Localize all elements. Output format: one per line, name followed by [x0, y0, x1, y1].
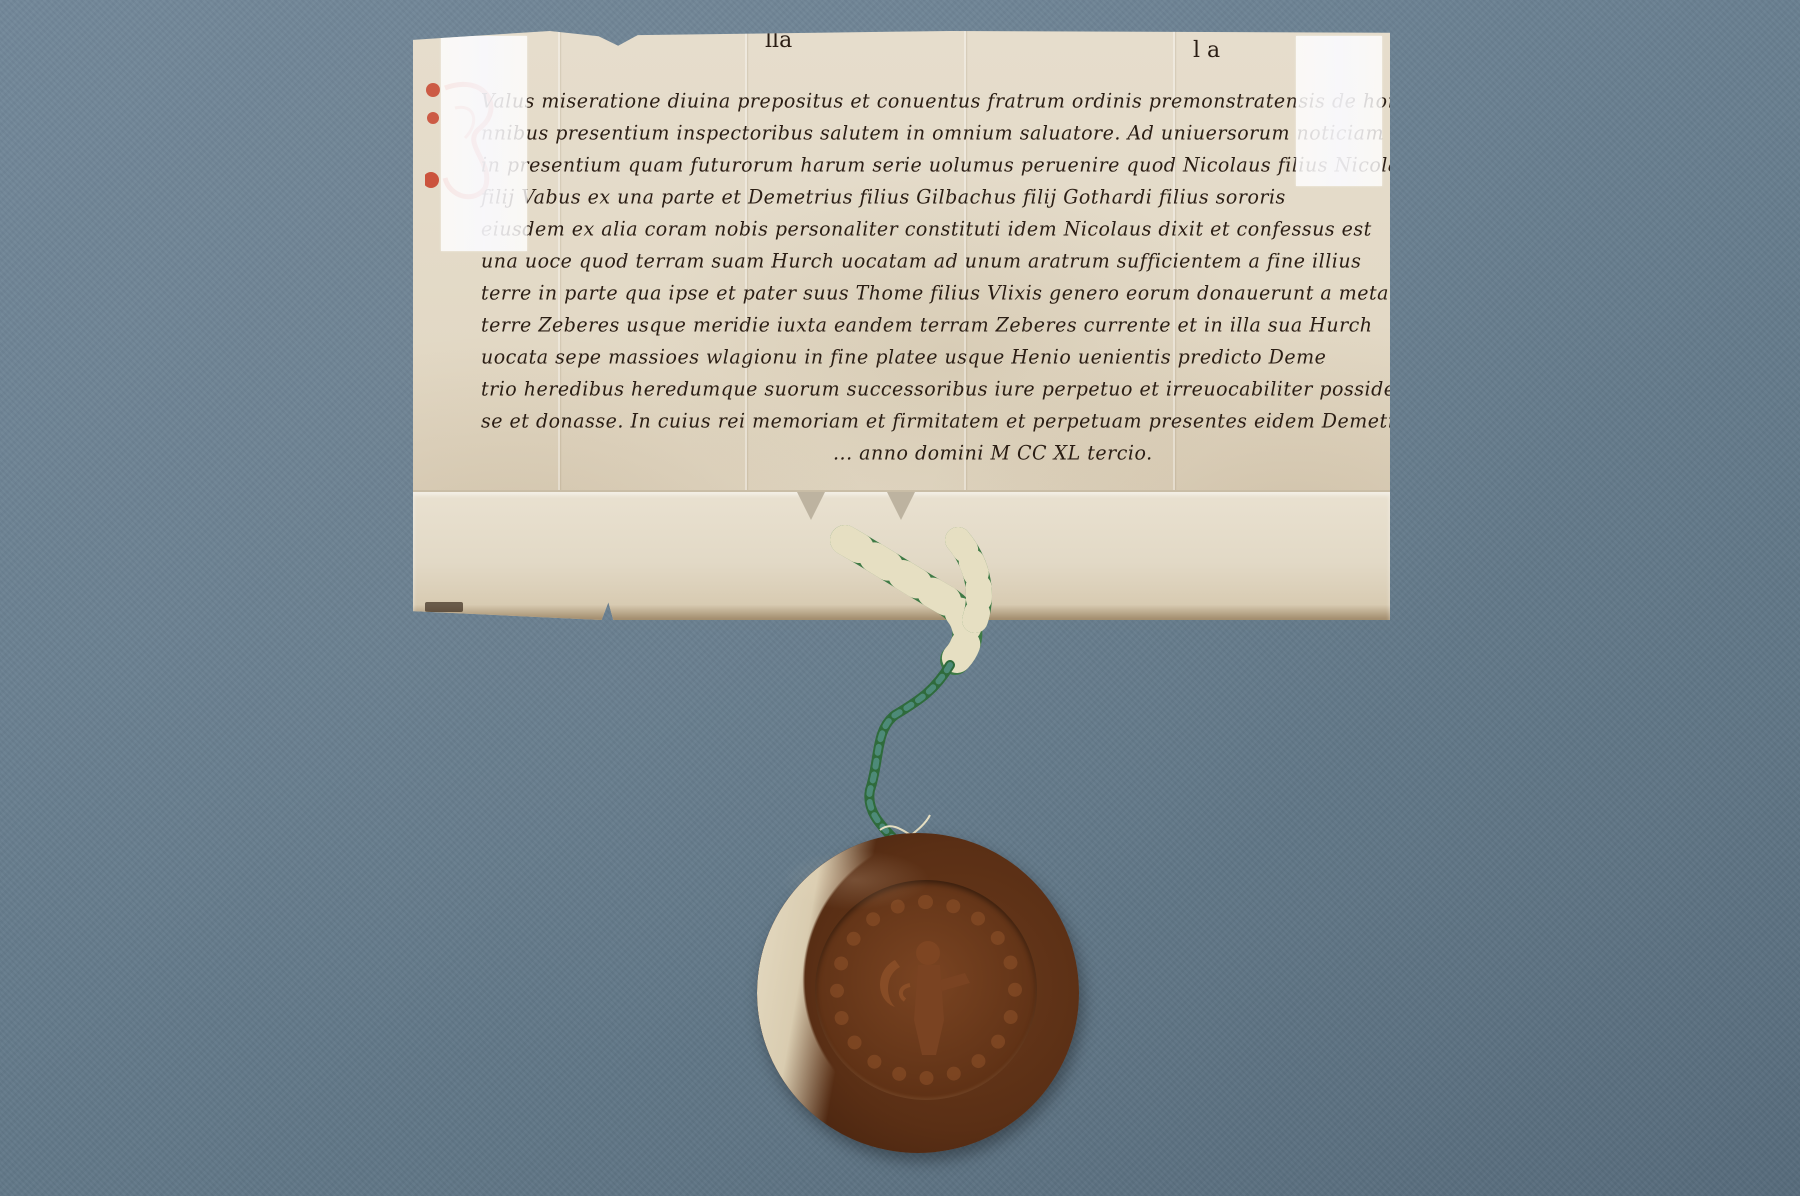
ink-blot [425, 602, 463, 612]
text-line: una uoce quod terram suam Hurch uocatam … [481, 249, 1361, 272]
parchment-charter: lla l a Valus miseratione diuina preposi… [413, 28, 1390, 620]
text-line: Valus miseratione diuina prepositus et c… [481, 89, 1412, 112]
text-line: terre in parte qua ipse et pater suus Th… [481, 281, 1389, 304]
text-line: terre Zeberes usque meridie iuxta eandem… [481, 313, 1373, 336]
text-line: trio heredibus heredumque suorum success… [481, 377, 1540, 400]
plica-fold [413, 490, 1390, 620]
text-line: filij Vabus ex una parte et Demetrius fi… [481, 185, 1286, 208]
text-line: in presentium quam futurorum harum serie… [481, 153, 1406, 176]
text-line: uocata sepe massioes wlagionu in fine pl… [481, 345, 1326, 368]
top-mark: l a [1193, 38, 1220, 63]
tape-strip-right [1296, 36, 1382, 186]
text-line: ... anno domini M CC XL tercio. [833, 441, 1153, 464]
plica-slit [887, 492, 915, 520]
text-line: nnibus presentium inspectoribus salutem … [481, 121, 1384, 144]
plica-slit [797, 492, 825, 520]
text-line: eiusdem ex alia coram nobis personaliter… [481, 217, 1372, 240]
seal-figure-icon [870, 925, 980, 1065]
tape-strip-left [441, 36, 527, 251]
seal-highlight [780, 850, 930, 910]
